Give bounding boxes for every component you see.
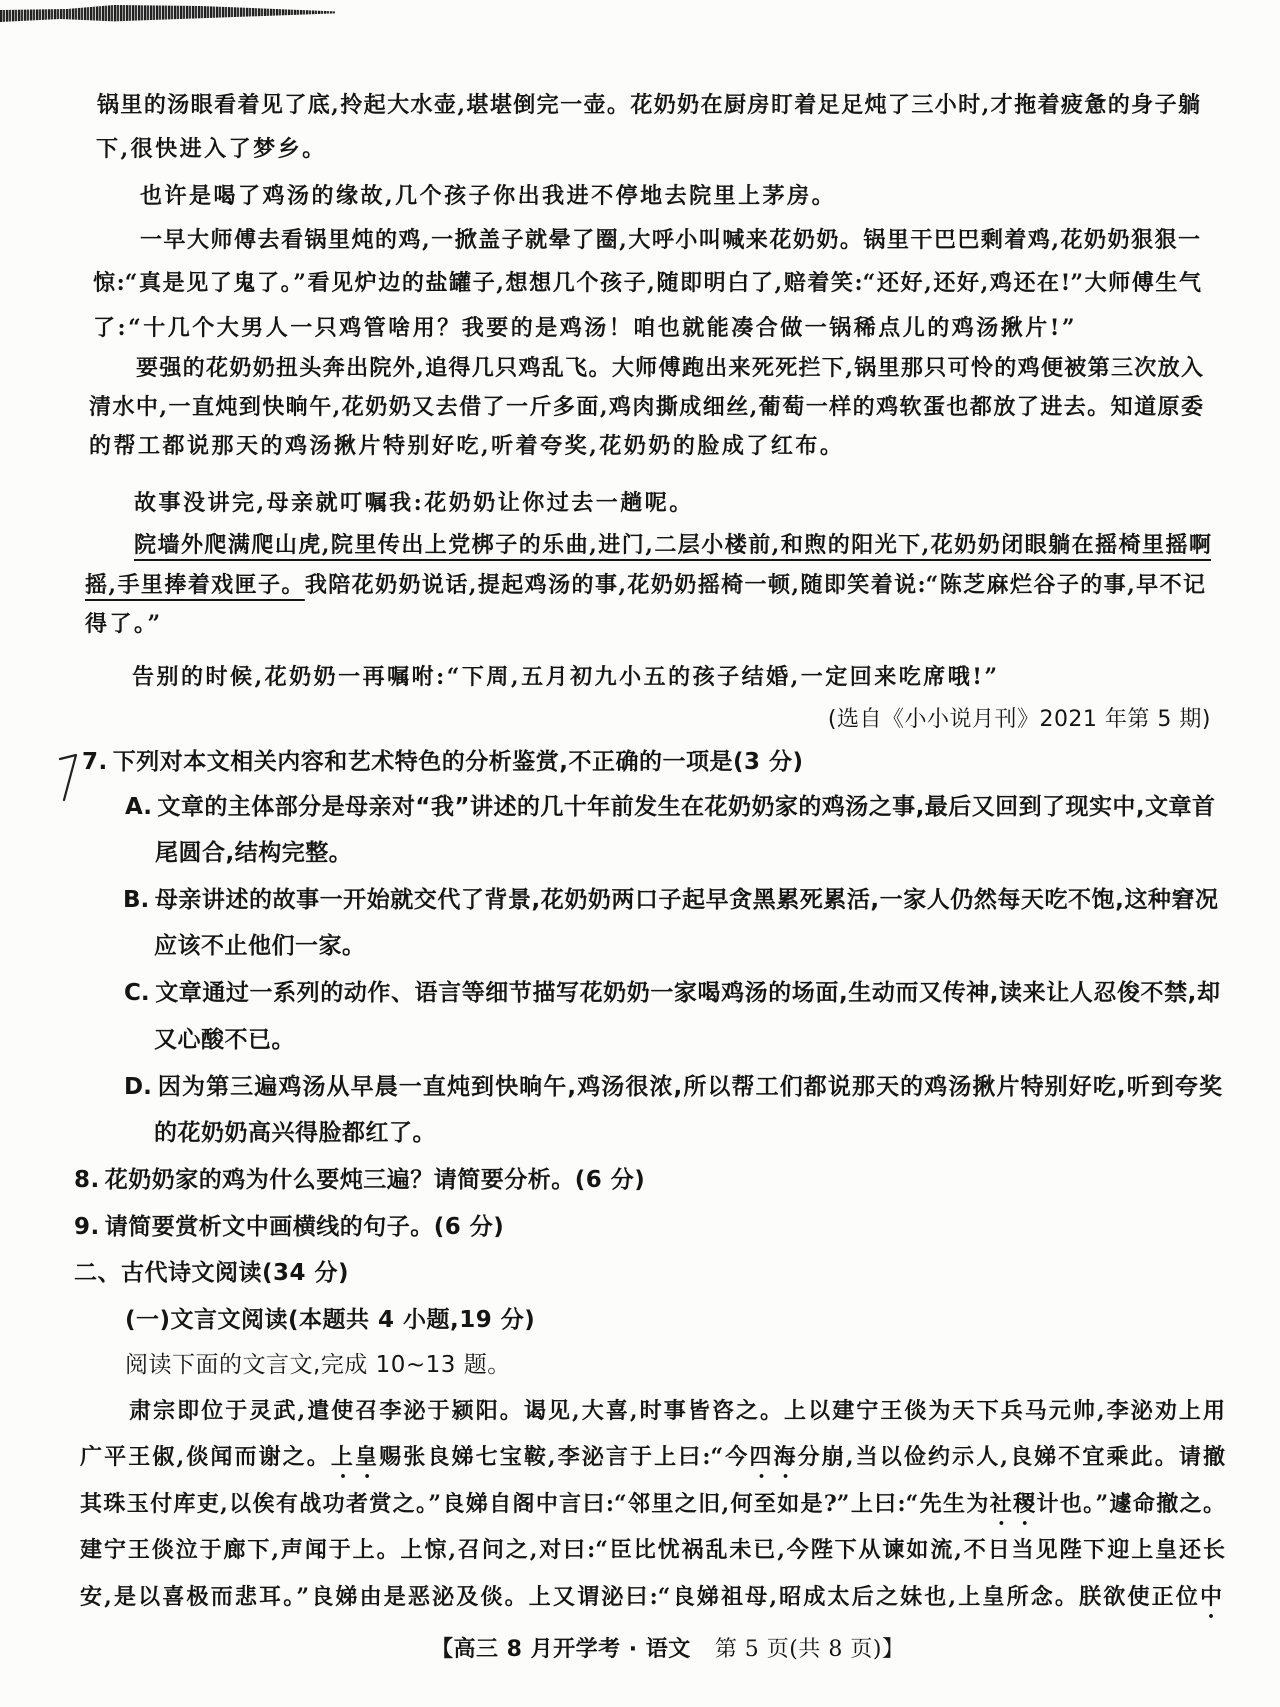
passage-line: 要强的花奶奶扭头奔出院外,追得几只鸡乱飞。大师傅跑出来死死拦下,锅里那只可怜的鸡… bbox=[136, 352, 1203, 384]
section-title: 二、古代诗文阅读(34 分) bbox=[74, 1257, 349, 1289]
exam-page: 锅里的汤眼看着见了底,拎起大水壶,堪堪倒完一壶。花奶奶在厨房盯着足足炖了三小时,… bbox=[0, 0, 1280, 1707]
passage-line: 下,很快进入了梦乡。 bbox=[96, 133, 327, 165]
subsection-title: (一)文言文阅读(本题共 4 小题,19 分) bbox=[125, 1304, 535, 1336]
page-footer: 【高三 8 月开学考 · 语文第 5 页(共 8 页)】 bbox=[431, 1634, 904, 1666]
emphasis-dotted-word: 社稷 bbox=[990, 1491, 1037, 1517]
emphasis-dotted-word: 中 bbox=[1200, 1584, 1222, 1610]
option-b: B.母亲讲述的故事一开始就交代了背景,花奶奶两口子起早贪黑累死累活,一家人仍然每… bbox=[123, 884, 1218, 916]
option-b-continued: 应该不止他们一家。 bbox=[154, 930, 366, 962]
passage-line: 锅里的汤眼看着见了底,拎起大水壶,堪堪倒完一壶。花奶奶在厨房盯着足足炖了三小时,… bbox=[97, 89, 1200, 121]
option-text: 因为第三遍鸡汤从早晨一直炖到快晌午,鸡汤很浓,所以帮工们都说那天的鸡汤揪片特别好… bbox=[157, 1074, 1222, 1100]
question-8: 8.花奶奶家的鸡为什么要炖三遍？请简要分析。(6 分) bbox=[74, 1164, 645, 1196]
passage-line: 也许是喝了鸡汤的缘故,几个孩子你出我进不停地去院里上茅房。 bbox=[140, 180, 836, 212]
passage-line: 清水中,一直炖到快晌午,花奶奶又去借了一斤多面,鸡肉撕成细丝,葡萄一样的鸡软蛋也… bbox=[89, 391, 1203, 423]
option-c: C.文章通过一系列的动作、语言等细节描写花奶奶一家喝鸡汤的场面,生动而又传神,读… bbox=[124, 977, 1220, 1009]
question-9: 9.请简要赏析文中画横线的句子。(6 分) bbox=[74, 1211, 504, 1243]
passage-line: 了:“十几个大男人一只鸡管啥用？我要的是鸡汤！咱也就能凑合做一锅稀点儿的鸡汤揪片… bbox=[93, 312, 1077, 344]
scan-edge-artifact bbox=[0, 3, 335, 23]
emphasis-dotted-word: 上皇 bbox=[331, 1444, 379, 1470]
option-label: A. bbox=[125, 794, 152, 820]
question-text: 请简要赏析文中画横线的句子。(6 分) bbox=[105, 1214, 505, 1240]
classical-text: 赐张良娣七宝鞍,李泌言于上曰:“今 bbox=[379, 1444, 749, 1470]
option-d: D.因为第三遍鸡汤从早晨一直炖到快晌午,鸡汤很浓,所以帮工们都说那天的鸡汤揪片特… bbox=[124, 1071, 1222, 1103]
option-text: 母亲讲述的故事一开始就交代了背景,花奶奶两口子起早贪黑累死累活,一家人仍然每天吃… bbox=[154, 887, 1218, 913]
passage-source: (选自《小小说月刊》2021 年第 5 期) bbox=[828, 704, 1211, 736]
classical-text-line: 建宁王倓泣于廊下,声闻于上。上惊,召问之,对曰:“臣比忧祸乱未已,今陛下从谏如流… bbox=[80, 1534, 1225, 1566]
question-number: 9. bbox=[74, 1214, 100, 1240]
passage-line: 告别的时候,花奶奶一再嘱咐:“下周,五月初九小五的孩子结婚,一定回来吃席哦!” bbox=[132, 661, 1000, 693]
option-text: 文章通过一系列的动作、语言等细节描写花奶奶一家喝鸡汤的场面,生动而又传神,读来让… bbox=[155, 980, 1220, 1006]
passage-line: 的帮工都说那天的鸡汤揪片特别好吃,听着夸奖,花奶奶的脸成了红布。 bbox=[89, 430, 844, 462]
footer-page-number: 第 5 页(共 8 页)】 bbox=[715, 1637, 905, 1662]
passage-line: 摇,手里捧着戏匣子。我陪花奶奶说话,提起鸡汤的事,花奶奶摇椅一顿,随即笑着说:“… bbox=[85, 569, 1205, 601]
passage-line: 惊:“真是见了鬼了。”看见炉边的盐罐子,想想几个孩子,随即明白了,赔着笑:“还好… bbox=[93, 267, 1201, 299]
passage-line-underlined: 院墙外爬满爬山虎,院里传出上党梆子的乐曲,进门,二层小楼前,和煦的阳光下,花奶奶… bbox=[134, 529, 1211, 561]
passage-line: 一早大师傅去看锅里炖的鸡,一掀盖子就晕了圈,大呼小叫喊来花奶奶。锅里干巴巴剩着鸡… bbox=[140, 224, 1200, 256]
classical-text-line: 广平王俶,倓闻而谢之。上皇赐张良娣七宝鞍,李泌言于上曰:“今四海分崩,当以俭约示… bbox=[80, 1441, 1225, 1473]
classical-text-line: 其珠玉付库吏,以俟有战功者赏之。”良娣自阁中言曰:“邻里之旧,何至如是?”上曰:… bbox=[80, 1488, 1225, 1520]
question-text: 花奶奶家的鸡为什么要炖三遍？请简要分析。(6 分) bbox=[105, 1167, 646, 1193]
passage-text: 我陪花奶奶说话,提起鸡汤的事,花奶奶摇椅一顿,随即笑着说:“陈芝麻烂谷子的事,早… bbox=[305, 572, 1205, 598]
option-a-continued: 尾圆合,结构完整。 bbox=[155, 837, 352, 869]
underlined-sentence-end: 摇,手里捧着戏匣子。 bbox=[85, 572, 305, 598]
passage-line: 得了。” bbox=[85, 608, 163, 640]
question-text: 下列对本文相关内容和艺术特色的分析鉴赏,不正确的一项是(3 分) bbox=[113, 749, 804, 775]
classical-text-line: 肃宗即位于灵武,遣使召李泌于颍阳。谒见,大喜,时事皆咨之。上以建宁王倓为天下兵马… bbox=[129, 1395, 1225, 1427]
section-instruction: 阅读下面的文言文,完成 10~13 题。 bbox=[125, 1349, 511, 1381]
underlined-sentence: 院墙外爬满爬山虎,院里传出上党梆子的乐曲,进门,二层小楼前,和煦的阳光下,花奶奶… bbox=[134, 532, 1211, 558]
option-label: D. bbox=[124, 1074, 152, 1100]
option-d-continued: 的花奶奶高兴得脸都红了。 bbox=[154, 1117, 436, 1149]
passage-line: 故事没讲完,母亲就叮嘱我:花奶奶让你过去一趟呢。 bbox=[134, 487, 694, 519]
footer-exam-title: 【高三 8 月开学考 · 语文 bbox=[431, 1637, 691, 1662]
question-stem: 7.下列对本文相关内容和艺术特色的分析鉴赏,不正确的一项是(3 分) bbox=[82, 746, 804, 778]
option-label: B. bbox=[123, 887, 149, 913]
option-label: C. bbox=[124, 980, 150, 1006]
option-text: 文章的主体部分是母亲对“我”讲述的几十年前发生在花奶奶家的鸡汤之事,最后又回到了… bbox=[157, 794, 1215, 820]
option-c-continued: 又心酸不已。 bbox=[154, 1024, 295, 1056]
classical-text: 计也。”遽命撤之。 bbox=[1036, 1491, 1225, 1517]
emphasis-dotted-word: 四海 bbox=[749, 1444, 797, 1470]
classical-text: 其珠玉付库吏,以俟有战功者赏之。”良娣自阁中言曰:“邻里之旧,何至如是?”上曰:… bbox=[80, 1491, 990, 1517]
question-number: 7. bbox=[82, 749, 108, 775]
classical-text-line: 安,是以喜极而悲耳。”良娣由是恶泌及倓。上又谓泌曰:“良娣祖母,昭成太后之妹也,… bbox=[80, 1581, 1222, 1613]
classical-text: 安,是以喜极而悲耳。”良娣由是恶泌及倓。上又谓泌曰:“良娣祖母,昭成太后之妹也,… bbox=[80, 1584, 1200, 1610]
classical-text: 分崩,当以俭约示人,良娣不宜乘此。请撤 bbox=[798, 1444, 1225, 1470]
option-a: A.文章的主体部分是母亲对“我”讲述的几十年前发生在花奶奶家的鸡汤之事,最后又回… bbox=[125, 791, 1215, 823]
classical-text: 广平王俶,倓闻而谢之。 bbox=[80, 1444, 331, 1470]
question-number: 8. bbox=[74, 1167, 100, 1193]
